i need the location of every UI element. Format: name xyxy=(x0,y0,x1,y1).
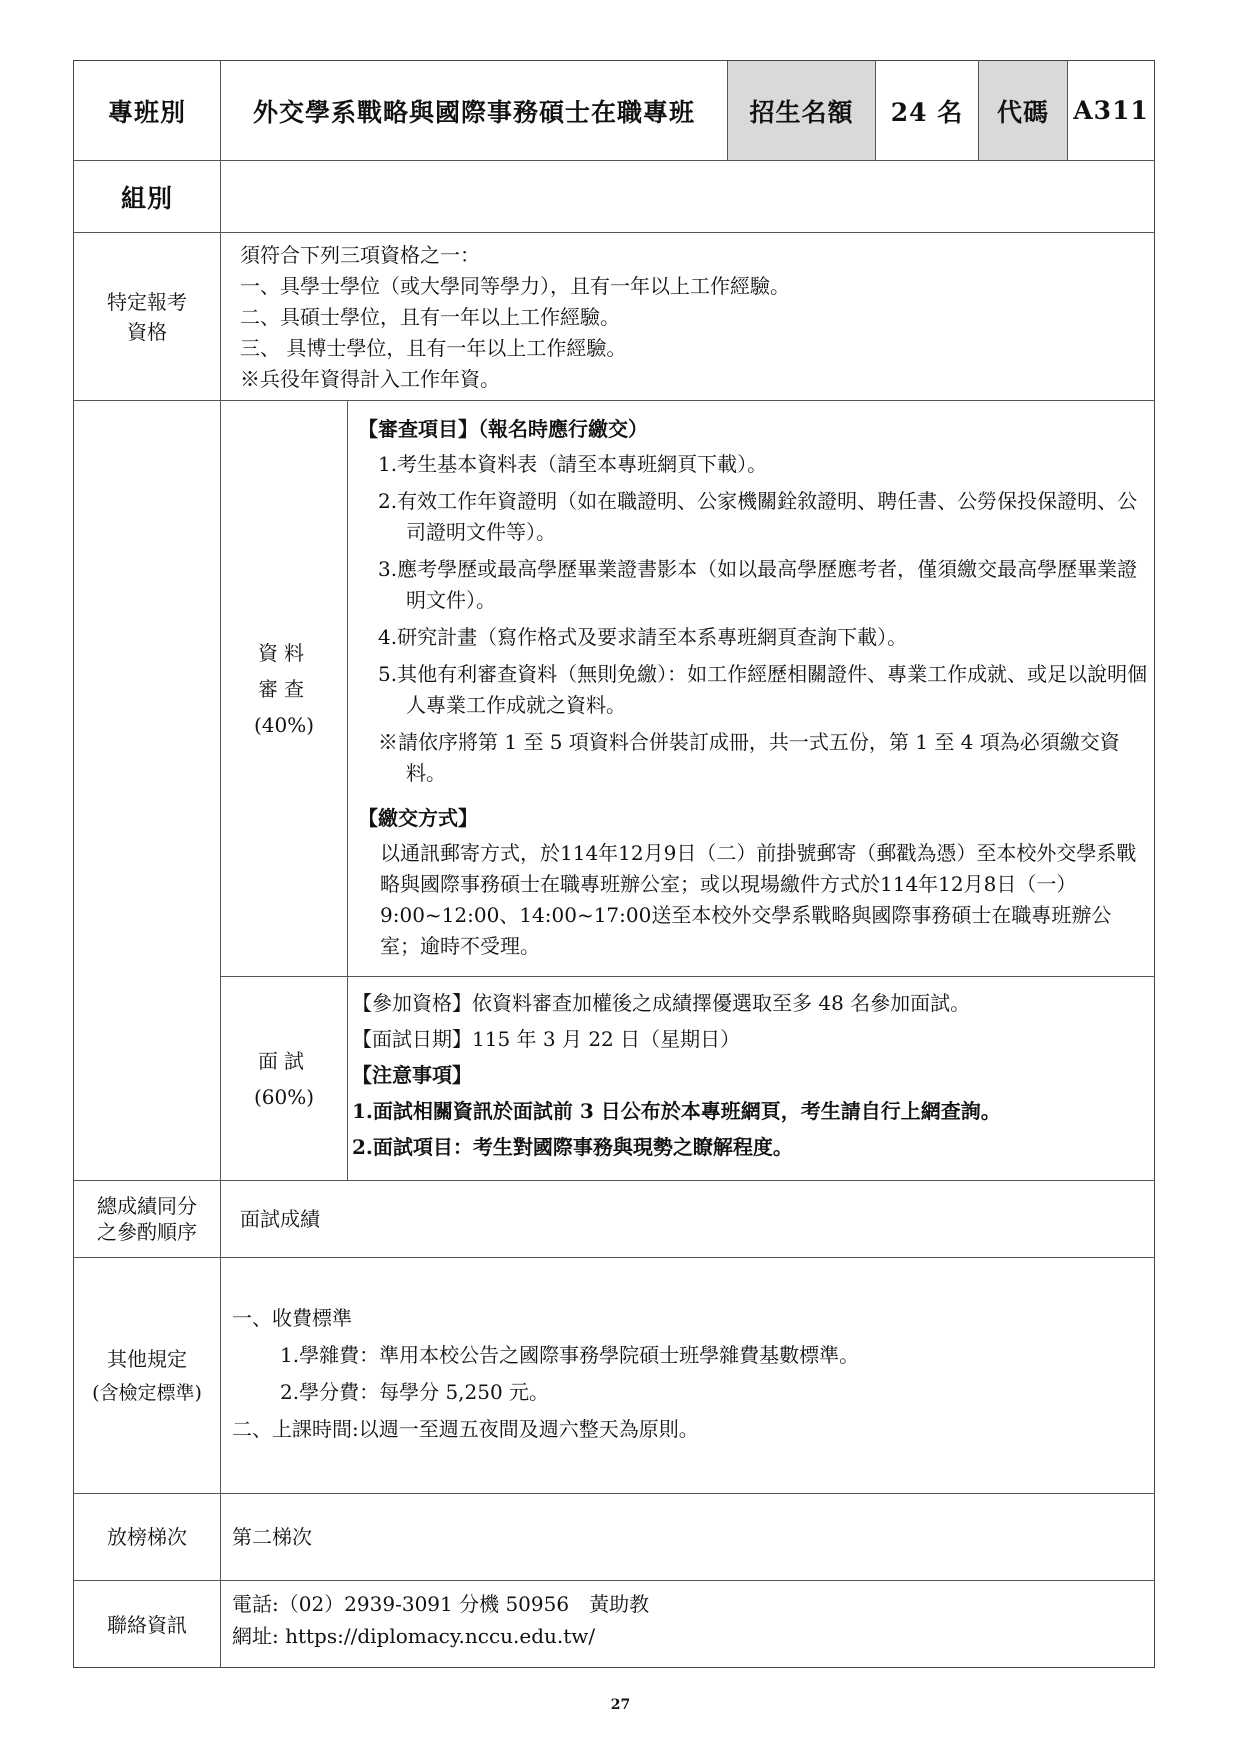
document-review-label-line2: 審查 xyxy=(258,671,310,707)
document-review-label-line1: 資料 xyxy=(258,635,310,671)
page-number: 27 xyxy=(0,1697,1241,1713)
eligibility-label-line1: 特定報考 xyxy=(107,287,187,317)
submission-heading: 【繳交方式】 xyxy=(358,803,1148,834)
interview-weight: (60%) xyxy=(254,1079,314,1115)
eligibility-item: 三、 具博士學位，且有一年以上工作經驗。 xyxy=(240,333,1140,364)
group-label: 組別 xyxy=(74,161,220,232)
document-review-content: 【審查項目】（報名時應行繳交） 1.考生基本資料表（請至本專班網頁下載）。 2.… xyxy=(358,414,1148,962)
fee-item: 1.學雜費：準用本校公告之國際事務學院碩士班學雜費基數標準。 xyxy=(232,1337,1142,1374)
row-divider xyxy=(73,1257,1155,1258)
contact-label: 聯絡資訊 xyxy=(74,1581,220,1668)
row-divider xyxy=(73,1180,1155,1181)
review-item: 5.其他有利審查資料（無則免繳）：如工作經歷相關證件、專業工作成就、或足以說明個… xyxy=(378,659,1148,721)
review-item: 2.有效工作年資證明（如在職證明、公家機關銓敘證明、聘任書、公勞保投保證明、公司… xyxy=(378,486,1148,548)
other-rules-label: 其他規定 (含檢定標準) xyxy=(74,1258,220,1493)
release-value: 第二梯次 xyxy=(232,1494,312,1580)
quota-value: 24 名 xyxy=(876,61,978,160)
eligibility-content: 須符合下列三項資格之一： 一、具學士學位（或大學同等學力），且有一年以上工作經驗… xyxy=(240,240,1140,395)
tiebreak-value: 面試成績 xyxy=(240,1181,320,1257)
interview-note: 2.面試項目：考生對國際事務與現勢之瞭解程度。 xyxy=(352,1129,1152,1165)
interview-label: 面試 (60%) xyxy=(221,977,347,1180)
review-item: 1.考生基本資料表（請至本專班網頁下載）。 xyxy=(378,449,1148,480)
submission-text: 以通訊郵寄方式，於114年12月9日（二）前掛號郵寄（郵戳為憑）至本校外交學系戰… xyxy=(358,838,1148,962)
other-rules-content: 一、收費標準 1.學雜費：準用本校公告之國際事務學院碩士班學雜費基數標準。 2.… xyxy=(232,1300,1142,1448)
eligibility-item: 一、具學士學位（或大學同等學力），且有一年以上工作經驗。 xyxy=(240,271,1140,302)
tiebreak-label-line1: 總成績同分 xyxy=(97,1193,197,1219)
tiebreak-label: 總成績同分 之參酌順序 xyxy=(74,1181,220,1257)
contact-url[interactable]: 網址: https://diplomacy.nccu.edu.tw/ xyxy=(232,1620,1132,1652)
row-divider xyxy=(220,976,1155,977)
review-item: 4.研究計畫（寫作格式及要求請至本系專班網頁查詢下載）。 xyxy=(378,622,1148,653)
group-value xyxy=(221,161,1154,232)
eligibility-intro: 須符合下列三項資格之一： xyxy=(240,240,1140,271)
interview-date: 【面試日期】115 年 3 月 22 日（星期日） xyxy=(352,1021,1152,1057)
review-item: 3.應考學歷或最高學歷畢業證書影本（如以最高學歷應考者，僅須繳交最高學歷畢業證明… xyxy=(378,554,1148,616)
row-divider xyxy=(73,1580,1155,1581)
review-items-heading: 【審查項目】（報名時應行繳交） xyxy=(358,414,1148,445)
release-label: 放榜梯次 xyxy=(74,1494,220,1580)
eligibility-label-line2: 資格 xyxy=(127,317,167,347)
contact-phone: 電話:（02）2939-3091 分機 50956 黃助教 xyxy=(232,1588,1132,1620)
fee-heading: 一、收費標準 xyxy=(232,1300,1142,1337)
interview-notes-heading: 【注意事項】 xyxy=(352,1057,1152,1093)
class-time: 二、上課時間:以週一至週五夜間及週六整天為原則。 xyxy=(232,1411,1142,1448)
document-review-label: 資料 審查 (40%) xyxy=(221,401,347,976)
other-rules-label-line2: (含檢定標準) xyxy=(92,1376,202,1410)
fee-item: 2.學分費：每學分 5,250 元。 xyxy=(232,1374,1142,1411)
interview-eligibility: 【參加資格】依資料審查加權後之成績擇優選取至多 48 名參加面試。 xyxy=(352,985,1152,1021)
interview-content: 【參加資格】依資料審查加權後之成績擇優選取至多 48 名參加面試。 【面試日期】… xyxy=(352,985,1152,1165)
contact-content: 電話:（02）2939-3091 分機 50956 黃助教 網址: https:… xyxy=(232,1588,1132,1652)
program-label: 專班別 xyxy=(74,61,220,160)
interview-note: 1.面試相關資訊於面試前 3 日公布於本專班網頁，考生請自行上網查詢。 xyxy=(352,1093,1152,1129)
row-divider xyxy=(73,232,1155,233)
code-value: A311 xyxy=(1068,61,1154,160)
eligibility-label: 特定報考 資格 xyxy=(74,233,220,400)
program-name: 外交學系戰略與國際事務碩士在職專班 xyxy=(221,61,727,160)
tiebreak-label-line2: 之參酌順序 xyxy=(97,1219,197,1245)
other-rules-label-line1: 其他規定 xyxy=(107,1342,187,1376)
admissions-page: 專班別 外交學系戰略與國際事務碩士在職專班 招生名額 24 名 代碼 A311 … xyxy=(0,0,1241,1754)
eligibility-note: ※兵役年資得計入工作年資。 xyxy=(240,364,1140,395)
quota-label: 招生名額 xyxy=(728,61,875,160)
interview-label-text: 面試 xyxy=(258,1043,310,1079)
document-review-weight: (40%) xyxy=(254,707,314,743)
col-divider xyxy=(347,400,348,1180)
review-note: ※請依序將第 1 至 5 項資料合併裝訂成冊，共一式五份，第 1 至 4 項為必… xyxy=(378,727,1148,789)
eligibility-item: 二、具碩士學位，且有一年以上工作經驗。 xyxy=(240,302,1140,333)
code-label: 代碼 xyxy=(979,61,1067,160)
